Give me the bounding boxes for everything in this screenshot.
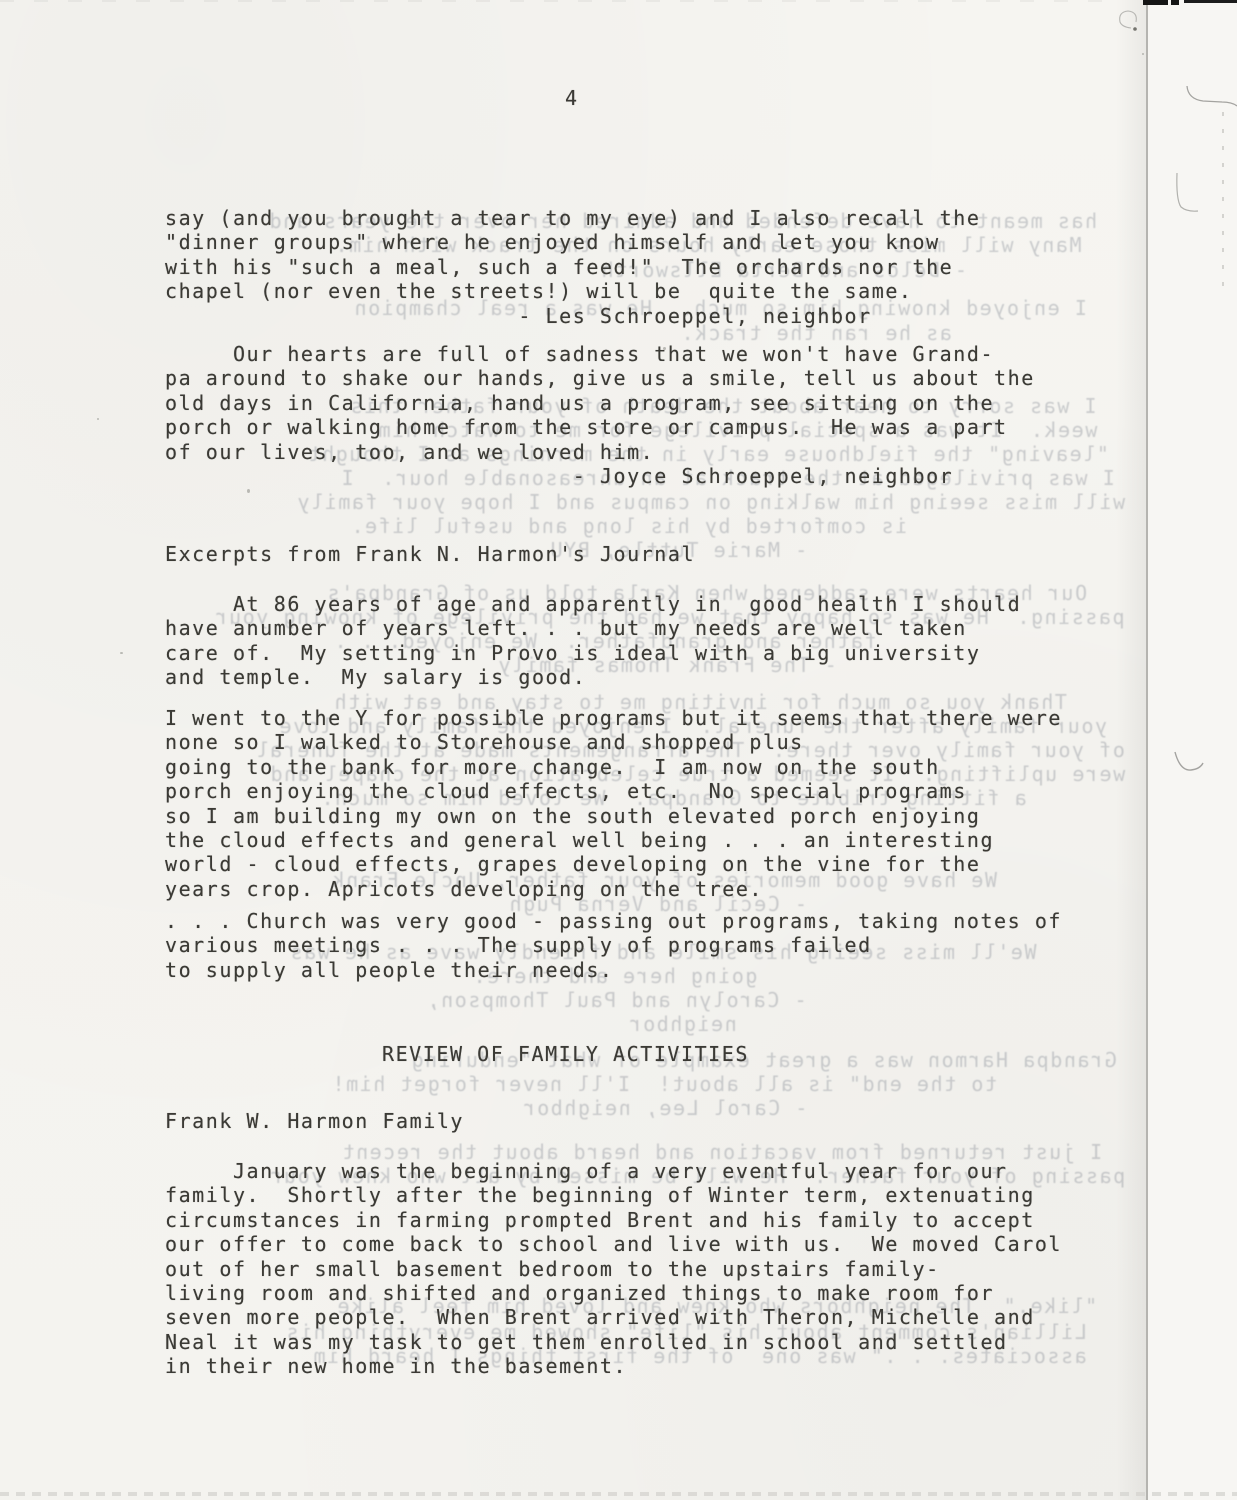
bleedthrough-line: to the end" is all about! I'll never for… — [331, 1072, 997, 1096]
top-black-mark-2 — [1171, 0, 1179, 5]
scan-margin-right — [1148, 0, 1237, 1500]
page-edge-line — [1146, 0, 1148, 1500]
page-number: 4 — [565, 86, 579, 110]
bottom-dashed-edge — [0, 1492, 1237, 1496]
ink-speck — [1142, 53, 1144, 55]
bleedthrough-line: neighbor — [628, 1012, 737, 1036]
journal-paragraph-3: . . . Church was very good - passing out… — [165, 909, 1062, 982]
bleedthrough-line: will miss seeing him walking on campus a… — [296, 490, 1125, 514]
ink-speck — [247, 489, 250, 493]
family-heading: Frank W. Harmon Family — [165, 1109, 464, 1133]
memorial-paragraph-les: say (and you brought a tear to my eye) a… — [165, 206, 980, 328]
page-edge-shadow — [1116, 0, 1146, 1500]
bleedthrough-line: - Carol Lee, neighbor — [522, 1096, 807, 1120]
journal-paragraph-2: I went to the Y for possible programs bu… — [165, 706, 1062, 901]
bleedthrough-line: is comforted by his long and useful life… — [350, 514, 907, 538]
top-fleck-strip — [0, 0, 1120, 2]
ink-speck — [120, 652, 123, 654]
bleedthrough-line: - Carolyn and Paul Thompson, — [426, 988, 807, 1012]
top-black-mark-1 — [1143, 0, 1168, 5]
ink-speck — [97, 418, 99, 420]
top-black-mark-3 — [1184, 0, 1237, 3]
ink-speck — [663, 347, 666, 350]
memorial-paragraph-joyce: Our hearts are full of sadness that we w… — [165, 342, 1035, 488]
review-heading: REVIEW OF FAMILY ACTIVITIES — [382, 1042, 749, 1066]
journal-paragraph-1: At 86 years of age and apparently in goo… — [165, 592, 1021, 690]
scanned-document-page: has meant to have defended and admired h… — [0, 0, 1237, 1500]
journal-heading: Excerpts from Frank N. Harmon's Journal — [165, 542, 695, 566]
family-paragraph: January was the beginning of a very even… — [165, 1159, 1062, 1379]
